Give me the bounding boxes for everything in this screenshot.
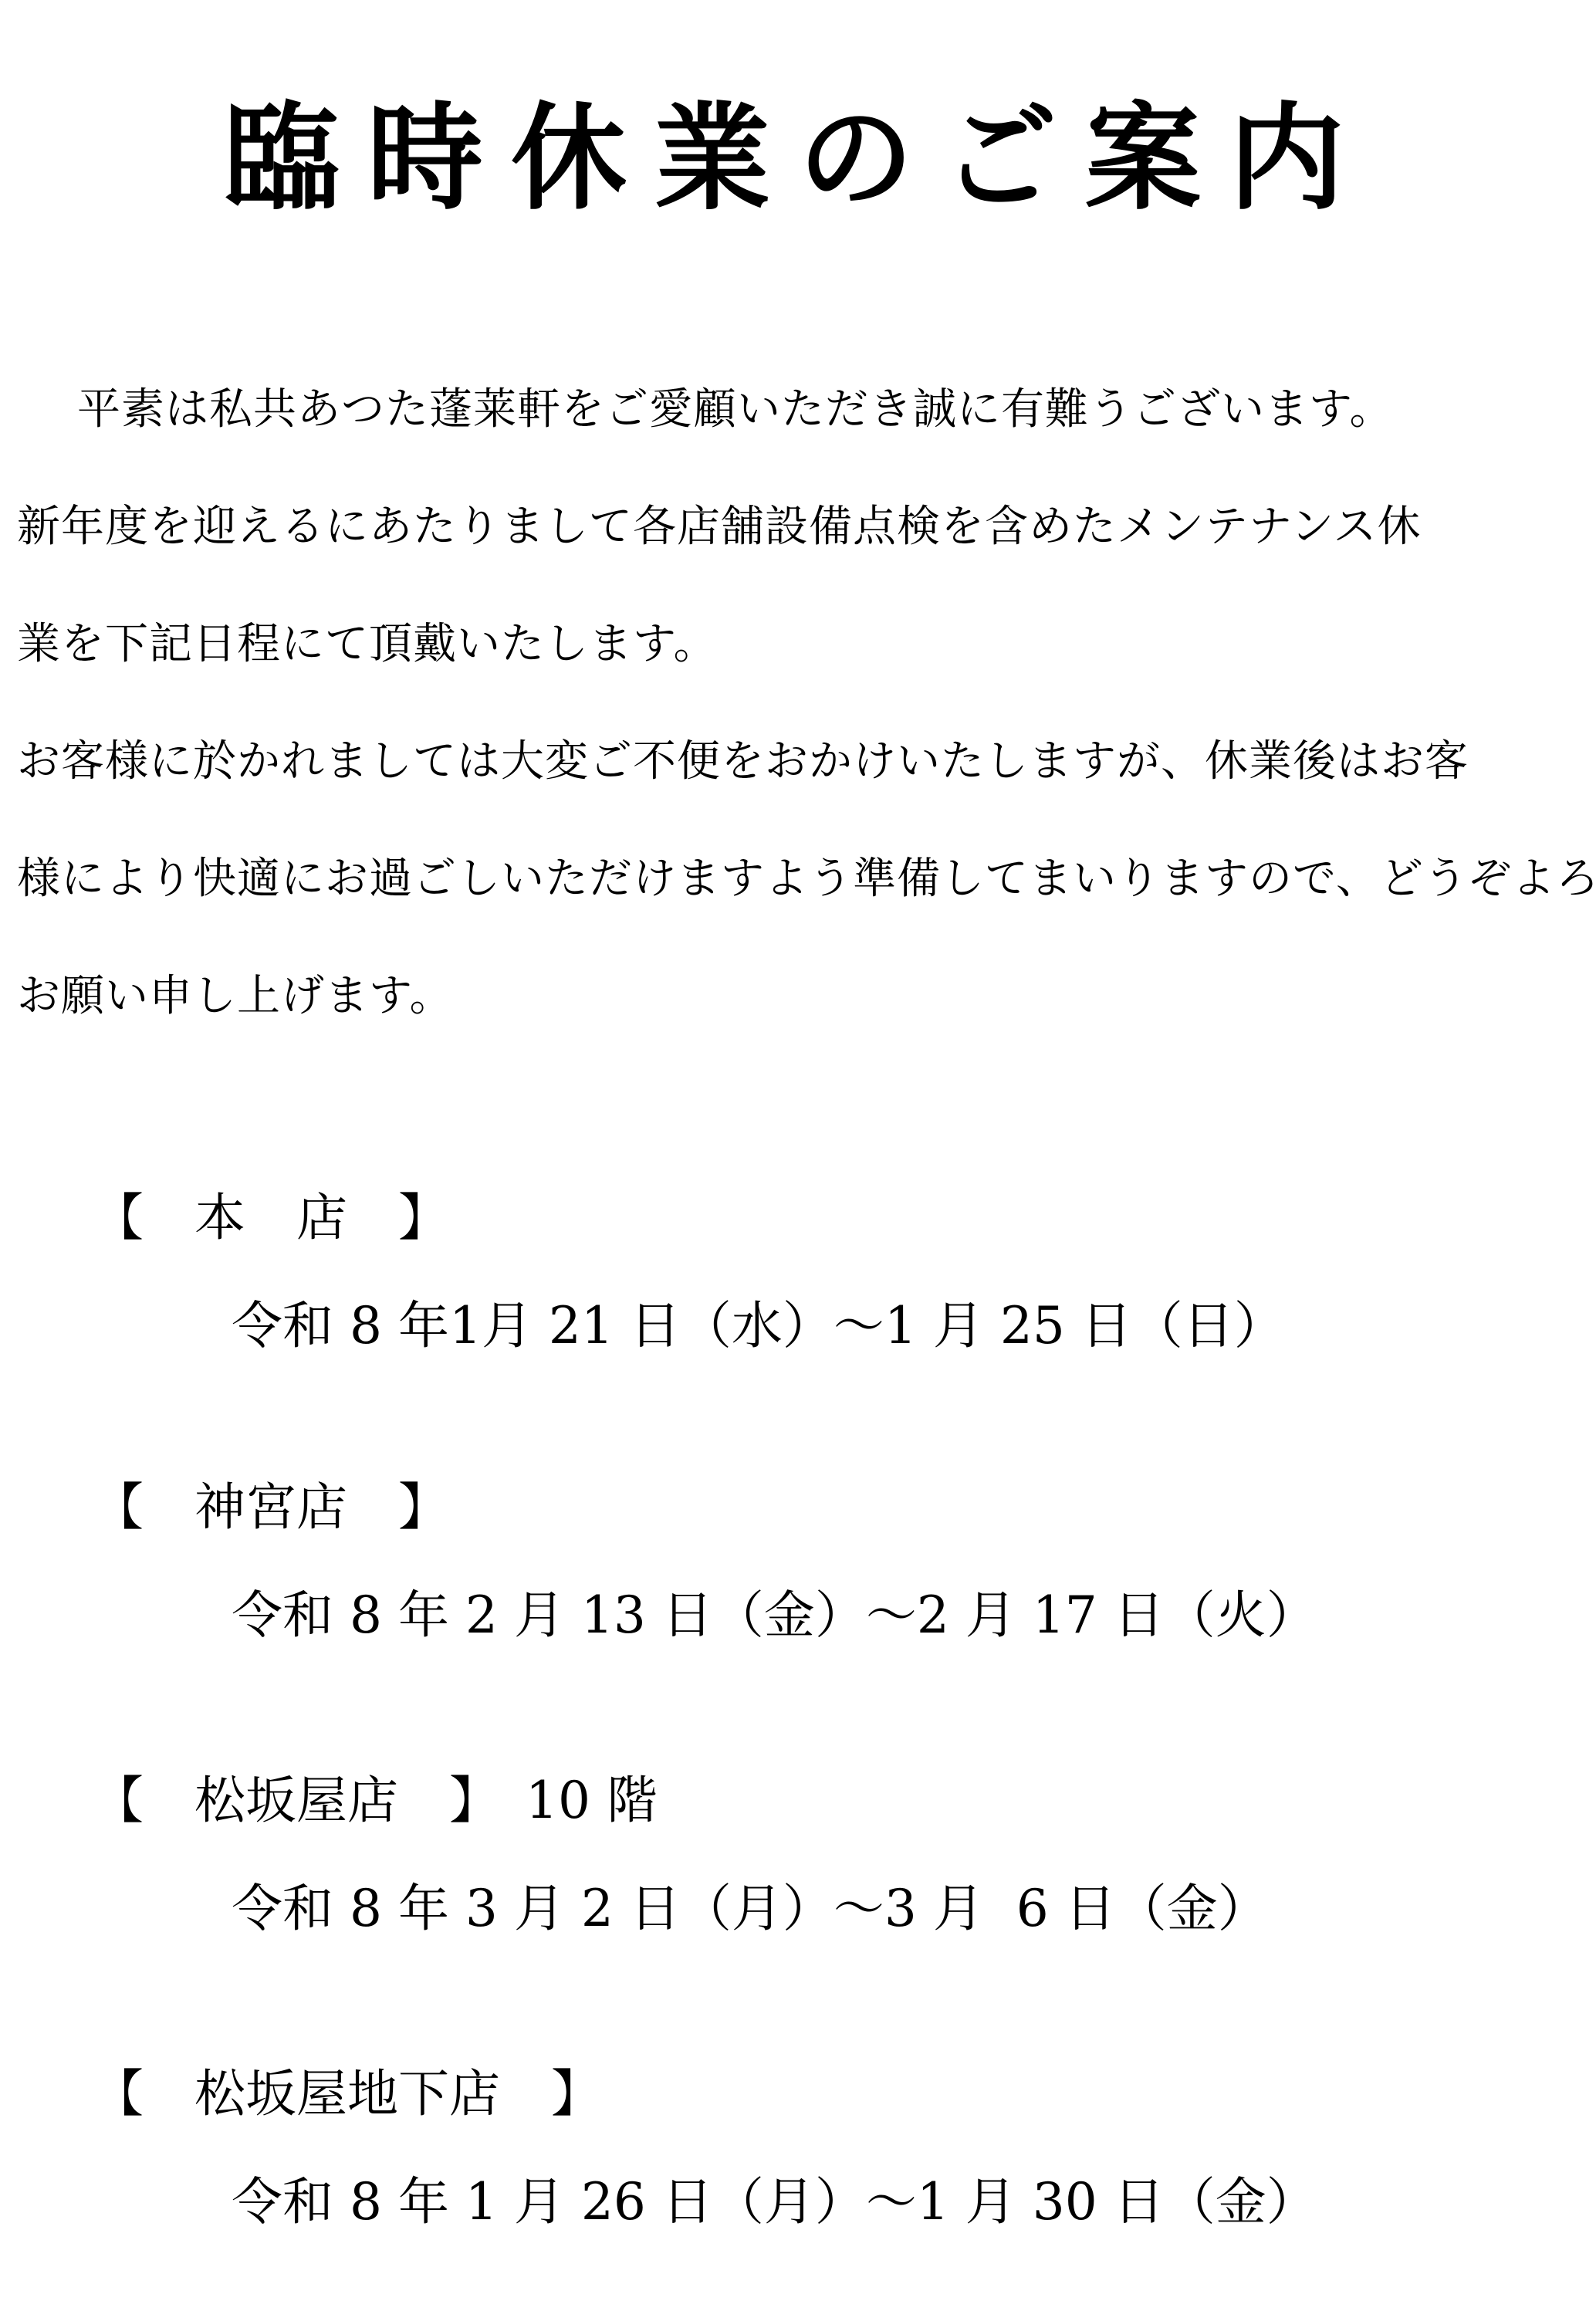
closure-dates: 令和 8 年 2 月 13 日（金）～2 月 17 日（火） [232, 1590, 1317, 1641]
notice-body: 平素は私共あつた蓬莱軒をご愛顧いただき誠に有難うございます。 新年度を迎えるにあ… [17, 351, 1591, 1055]
body-line: 業を下記日程にて頂戴いたします。 [17, 586, 1591, 703]
store-name: 【 松坂屋地下店 】 [93, 2069, 602, 2120]
body-line: 平素は私共あつた蓬莱軒をご愛顧いただき誠に有難うございます。 [17, 351, 1591, 469]
body-line: 新年度を迎えるにあたりまして各店舗設備点検を含めたメンテナンス休 [17, 469, 1591, 586]
body-line: 様により快適にお過ごしいただけますよう準備してまいりますので、どうぞよろしく [17, 821, 1591, 938]
notice-title: 臨時休業のご案内 [0, 100, 1596, 216]
store-entry-jingu: 【 神宮店 】 令和 8 年 2 月 13 日（金）～2 月 17 日（火） [93, 1482, 449, 1533]
store-entry-matsuzakaya-basement: 【 松坂屋地下店 】 令和 8 年 1 月 26 日（月）～1 月 30 日（金… [93, 2069, 602, 2120]
body-line: お願い申し上げます。 [17, 938, 1591, 1055]
closure-dates: 令和 8 年1月 21 日（水）～1 月 25 日（日） [232, 1301, 1285, 1352]
store-entry-honten: 【 本 店 】 令和 8 年1月 21 日（水）～1 月 25 日（日） [93, 1193, 449, 1244]
store-name: 【 神宮店 】 [93, 1482, 449, 1533]
store-name: 【 本 店 】 [93, 1193, 449, 1244]
store-entry-matsuzakaya: 【 松坂屋店 】 10 階 令和 8 年 3 月 2 日（月）～3 月 6 日（… [93, 1775, 658, 1826]
closure-dates: 令和 8 年 3 月 2 日（月）～3 月 6 日（金） [232, 1883, 1269, 1934]
store-name: 【 松坂屋店 】 10 階 [93, 1775, 658, 1826]
body-line: お客様に於かれましては大変ご不便をおかけいたしますが、休業後はお客 [17, 703, 1591, 821]
closure-dates: 令和 8 年 1 月 26 日（月）～1 月 30 日（金） [232, 2177, 1317, 2228]
